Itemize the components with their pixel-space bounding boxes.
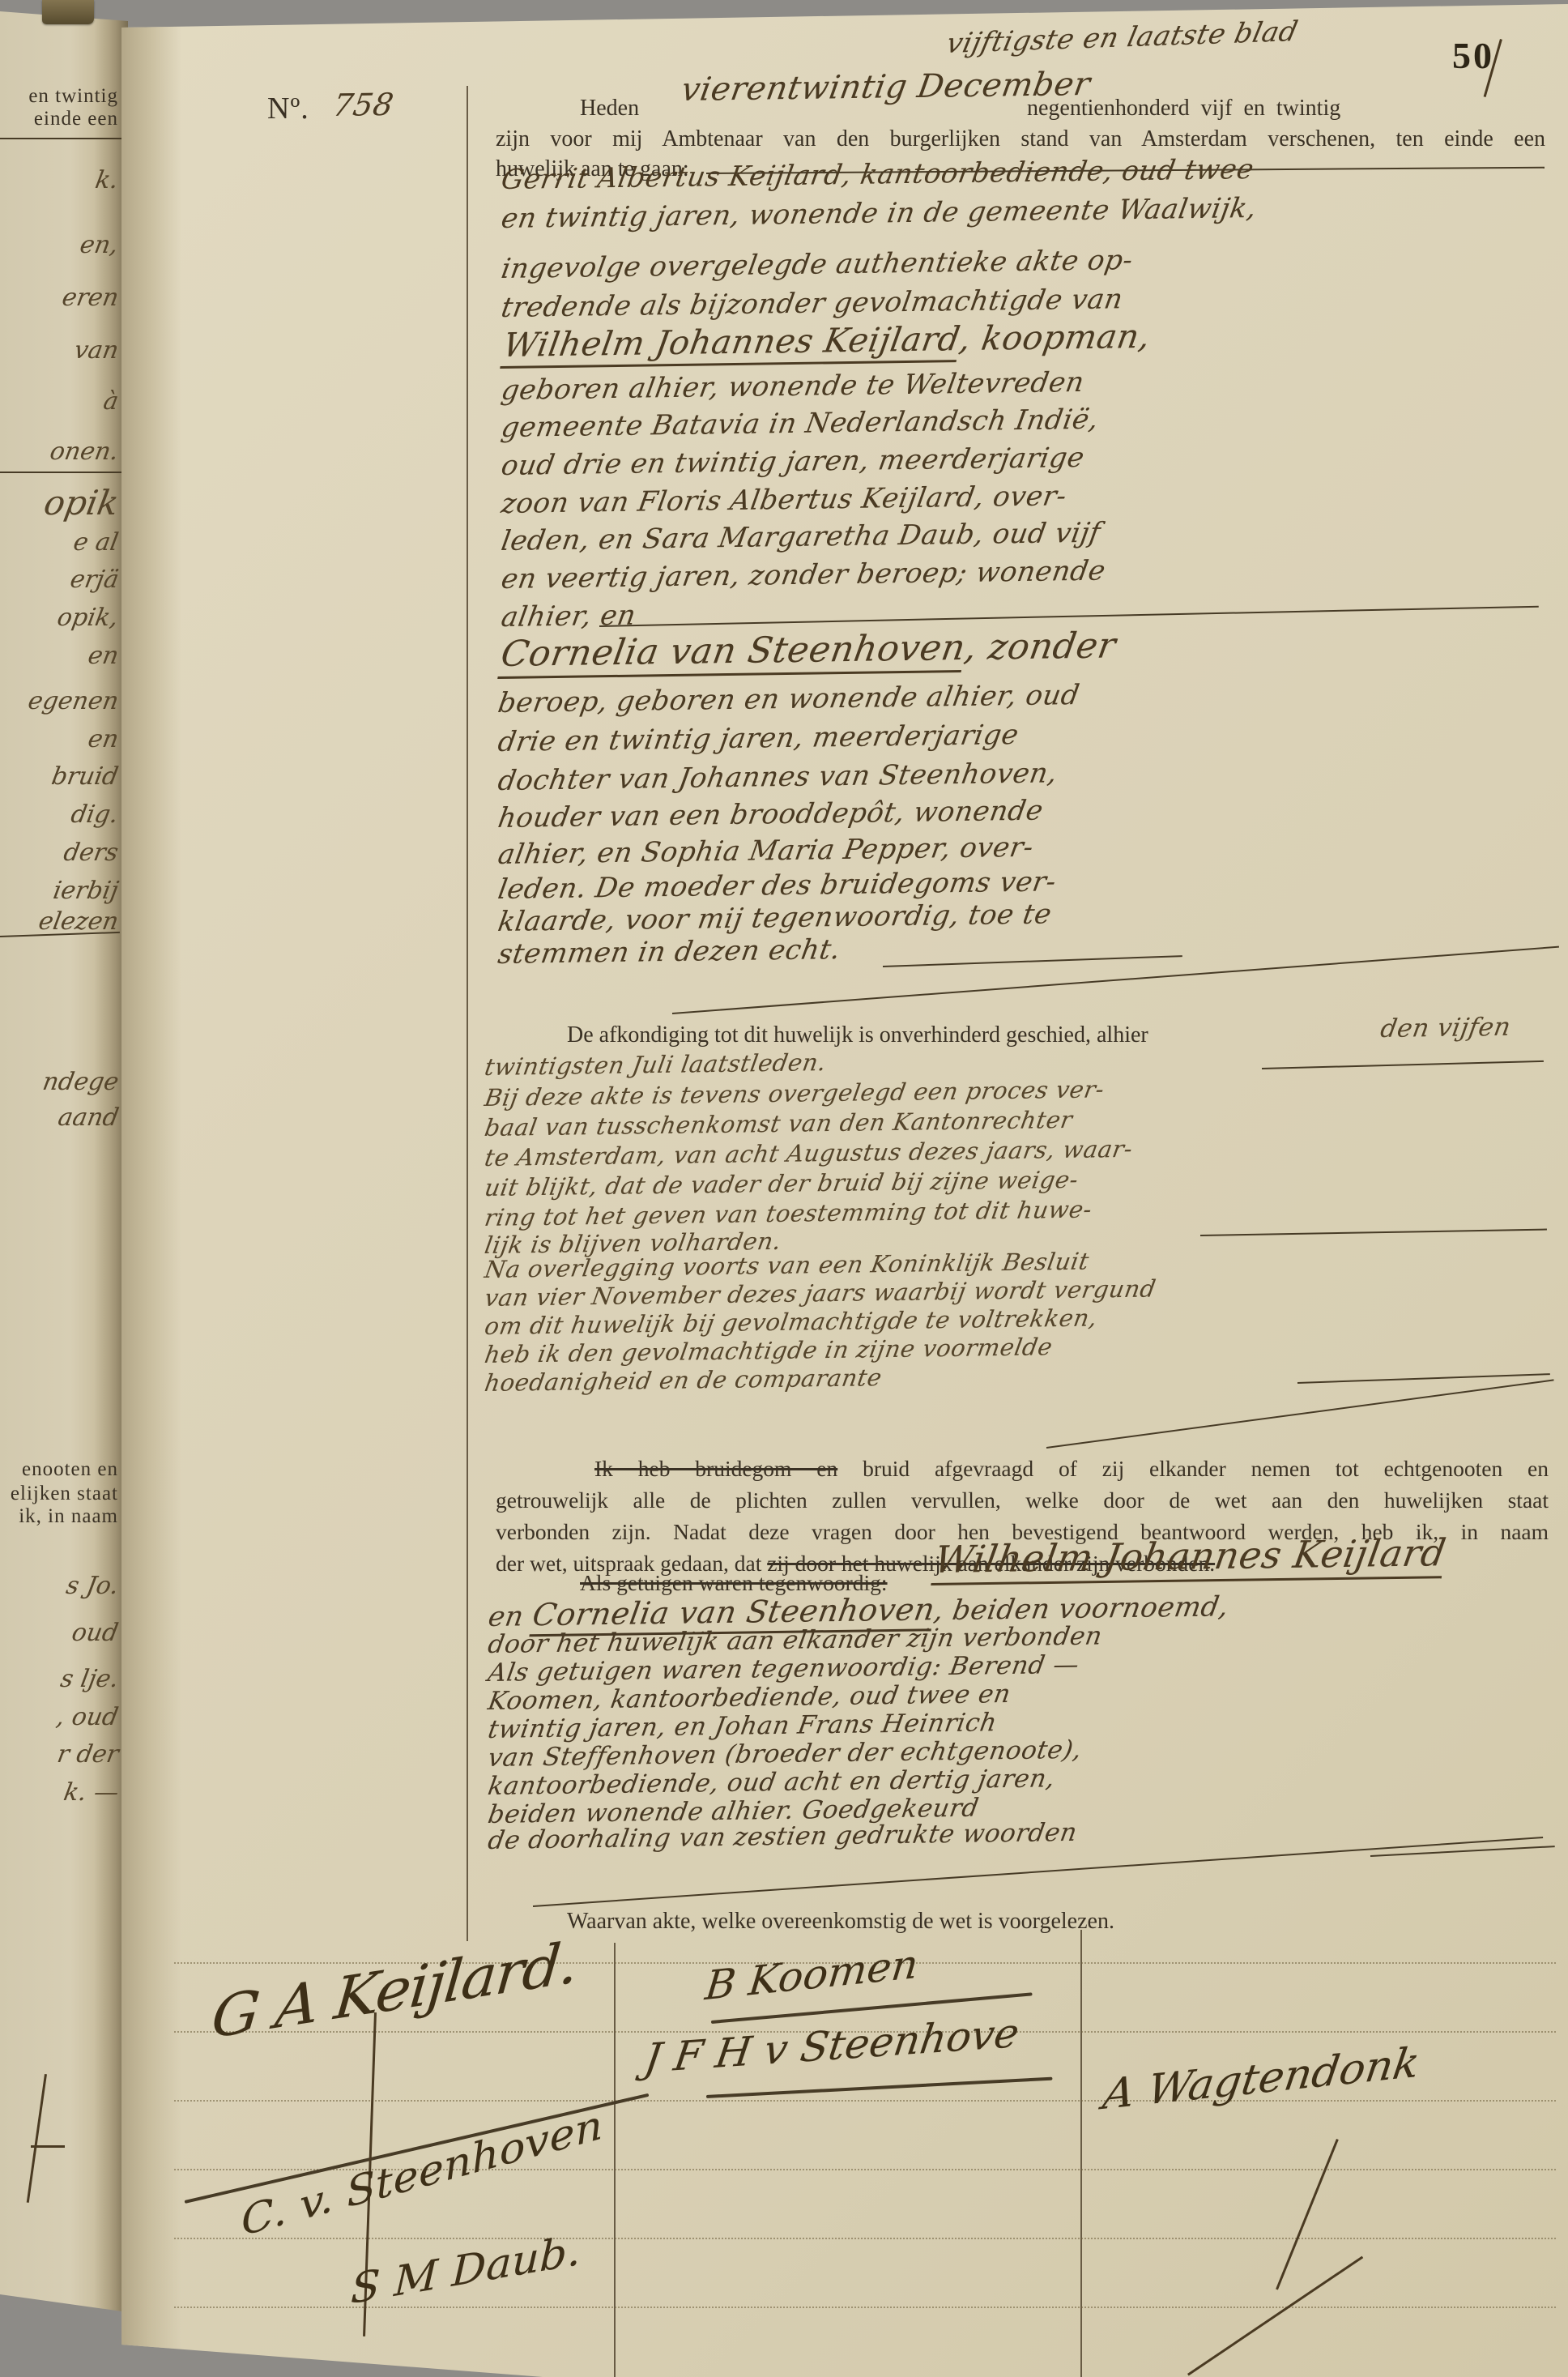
signature-dotted-line xyxy=(174,2100,1556,2102)
fragment-pen-stroke xyxy=(31,2145,65,2148)
previous-page-fragment: egenen xyxy=(26,687,121,715)
act-number-label: Nº. xyxy=(267,91,309,126)
previous-page-fragment: ik, in naam xyxy=(19,1505,118,1528)
previous-page-fragment: r der xyxy=(55,1740,121,1769)
groom-name-suffix: , koopman, xyxy=(957,317,1153,358)
previous-page-fragment: en, xyxy=(78,231,121,259)
closing-printed: Waarvan akte, welke overeenkomstig de we… xyxy=(567,1909,1114,1935)
groom-line: alhier, en xyxy=(499,600,638,634)
previous-page-fragment: eren xyxy=(60,284,121,312)
signature-divider xyxy=(1080,1930,1082,2377)
intro-printed-heden: Heden xyxy=(580,96,639,122)
groom-name-repeat: Wilhelm Johannes Keijlard xyxy=(931,1530,1449,1585)
previous-page-fragment: onen. xyxy=(48,437,121,466)
act-number-value: 758 xyxy=(330,87,396,123)
fragment-rule xyxy=(0,138,121,139)
previous-page-fragment: e al xyxy=(71,528,121,557)
previous-page-fragment: en xyxy=(86,642,121,670)
bride-name-suffix: , zonder xyxy=(962,625,1119,668)
bride-name-line: Cornelia van Steenhoven, zonder xyxy=(498,625,1118,675)
fragment-rule xyxy=(0,472,121,473)
previous-page-fragment: enooten en xyxy=(22,1458,118,1481)
previous-page-fragment: s lje. xyxy=(58,1665,121,1693)
vows-line2: getrouwelijk alle de plichten zullen ver… xyxy=(496,1487,1549,1513)
vows-line1: Ik heb bruidegom en bruid afgevraagd of … xyxy=(496,1456,1549,1482)
bride-line: stemmen in dezen echt. xyxy=(496,933,843,971)
book-binding-tab xyxy=(42,0,94,24)
previous-page-fragment: en xyxy=(86,725,121,753)
previous-page-fragment: bruid xyxy=(49,762,121,791)
previous-page-fragment: en twintig xyxy=(28,85,118,108)
intro-handwritten-date: vierentwintig December xyxy=(679,66,1093,109)
previous-page-fragment: k. — xyxy=(62,1778,121,1807)
previous-page-fragment: einde een xyxy=(34,108,118,130)
previous-page-fragment: ndege xyxy=(40,1068,121,1096)
previous-page-fragment: dig. xyxy=(69,800,121,829)
text-block-rule xyxy=(467,86,468,1941)
page-number: 50 xyxy=(1452,34,1494,77)
intro-printed-line2: zijn voor mij Ambtenaar van den burgerli… xyxy=(496,126,1545,152)
bride-name: Cornelia van Steenhoven xyxy=(497,627,969,679)
previous-page-fragment: aand xyxy=(56,1103,121,1132)
previous-page-fragment: opik, xyxy=(55,604,121,632)
struck-text: Ik heb bruidegom en xyxy=(594,1456,837,1481)
gutter-shading xyxy=(121,0,181,2377)
document-scan: { "appearance": { "paper_color": "#ddd4b… xyxy=(0,0,1568,2377)
conclusion-groom-name: Wilhelm Johannes Keijlard xyxy=(931,1530,1449,1581)
announcement-line: hoedanigheid en de comparante xyxy=(483,1363,884,1397)
previous-page-fragment: ders xyxy=(62,839,121,867)
groom-name: Wilhelm Johannes Keijlard xyxy=(500,319,963,369)
previous-page-fragment: erjä xyxy=(68,565,121,594)
previous-page-fragment: oud xyxy=(70,1619,121,1647)
previous-page-fragment: elijken staat xyxy=(11,1483,118,1505)
announcement-line: twintigsten Juli laatstleden. xyxy=(483,1048,829,1081)
previous-page-fragment: , oud xyxy=(54,1703,121,1731)
signature-dotted-line xyxy=(174,2238,1556,2239)
previous-page-fragment: van xyxy=(72,336,121,365)
vows-line1-rest: bruid afgevraagd of zij elkander nemen t… xyxy=(837,1456,1549,1481)
previous-page-fragment: s Jo. xyxy=(64,1572,121,1600)
signature-divider xyxy=(614,1943,616,2377)
announcement-handwritten-inline: den vijfen xyxy=(1378,1013,1513,1043)
previous-page-fragment: opik xyxy=(41,483,122,523)
previous-page-fragment: ierbij xyxy=(51,877,121,905)
announcement-printed: De afkondiging tot dit huwelijk is onver… xyxy=(567,1022,1148,1048)
